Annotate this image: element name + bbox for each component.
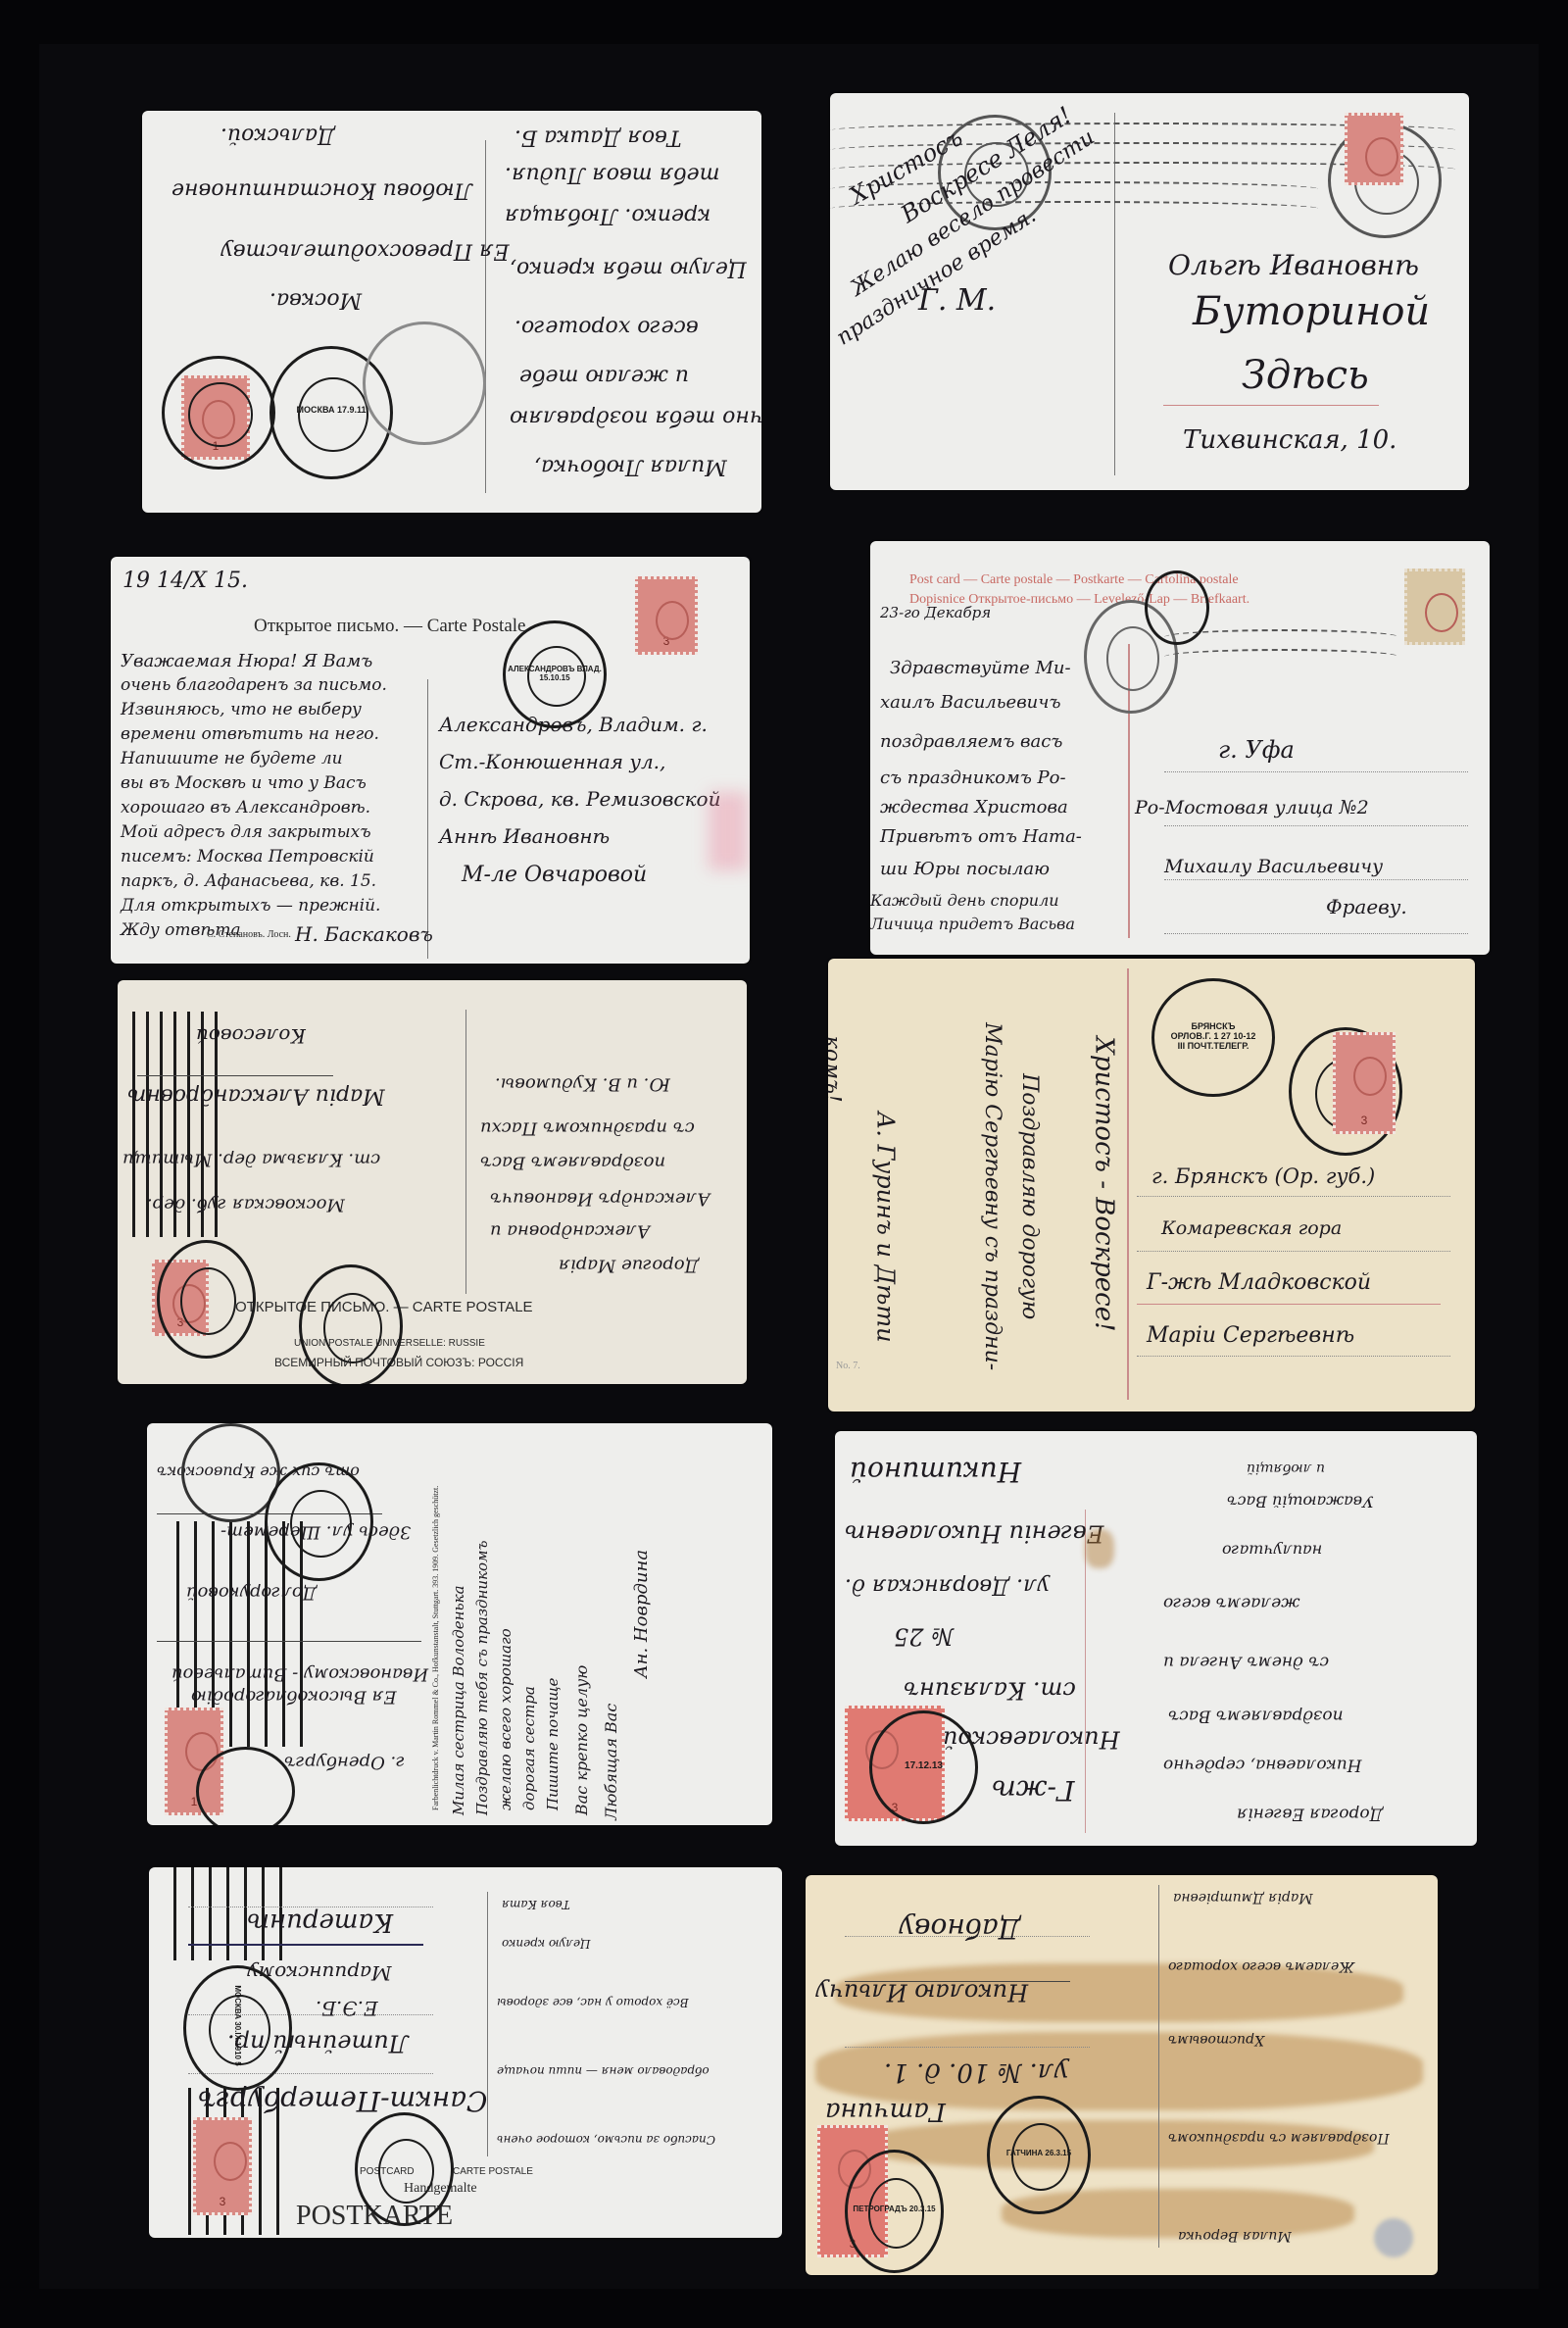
signature: Н. Баскаковъ xyxy=(295,923,433,946)
message-line: Твоя Дашка Б. xyxy=(514,124,682,149)
message-line: и любящій xyxy=(1247,1461,1325,1476)
message-line: сердечно тебя поздравляю xyxy=(510,405,761,429)
postmark xyxy=(265,1462,373,1581)
address-line: Любови Константиновне xyxy=(171,177,472,202)
message-line: комъ! xyxy=(828,1036,845,1103)
address-line: ст. Калязинъ xyxy=(904,1676,1076,1704)
message-line: вы въ Москвѣ и что у Васъ xyxy=(121,774,367,794)
address-line: Никитиной xyxy=(850,1456,1021,1487)
address-line: Михаилу Васильевичу xyxy=(1164,857,1383,878)
address-line: Тихвинская, 10. xyxy=(1183,426,1396,456)
message-line: Поздравляю дорогую xyxy=(1017,1073,1042,1319)
address-line: Ивановскому - Витальевой xyxy=(171,1663,428,1684)
address-line: ул. № 10. д. 1. xyxy=(884,2056,1068,2086)
postcard-3: 19 14/X 15. Открытое письмо. — Carte Pos… xyxy=(111,557,750,964)
postmark xyxy=(299,1264,403,1384)
publisher-note: No. 7. xyxy=(836,1361,860,1371)
message-line: Ю. и В. Кудимовы. xyxy=(495,1073,670,1094)
message-line: поздравляемъ Васъ xyxy=(1168,1706,1344,1725)
postcard-8: Никитиной Евгеніи Николаевнѣ ул. Дворянс… xyxy=(835,1431,1477,1846)
message-line: Христовымъ xyxy=(1168,2032,1264,2048)
message-line: тебя твоя Лидия. xyxy=(505,162,720,186)
message-line: Милая Любочка, xyxy=(534,454,727,478)
message-line: Поздравляю тебя съ праздникомъ xyxy=(474,1540,491,1815)
address-line: Николаю Ильичу xyxy=(815,1978,1028,2006)
message-line: писемъ: Москва Петровскій xyxy=(121,848,374,867)
address-line: Г-жѣ Младковской xyxy=(1147,1270,1371,1295)
message-line: Мой адресъ для закрытыхъ xyxy=(121,823,371,843)
postage-stamp: 3 xyxy=(1333,1032,1396,1134)
address-line: Дабнову xyxy=(899,1912,1020,1944)
message-line: съ праздникомъ Пасхи xyxy=(480,1117,695,1138)
printed-footer-line: CARTE POSTALE xyxy=(453,2166,533,2177)
message-line: съ праздникомъ Ро- xyxy=(880,768,1066,789)
address-line: ст. Клязьма дер. Мытищи xyxy=(122,1149,380,1169)
printed-header: Открытое письмо. — Carte Postale xyxy=(254,616,525,637)
address-line: Колесовой xyxy=(196,1024,306,1047)
date-note: 19 14/X 15. xyxy=(122,569,248,593)
message-line: времени отвѣтить на него. xyxy=(121,725,379,745)
postmark xyxy=(162,356,275,470)
postmark: 17.12.13 xyxy=(869,1710,978,1824)
message-line: поздравляемъ васъ xyxy=(880,732,1062,753)
address-line: Маріи Сергѣевнѣ xyxy=(1147,1323,1354,1348)
message-line: хорошаго въ Александровѣ. xyxy=(121,799,370,818)
address-line: Е.Э.Б. xyxy=(316,1997,378,2019)
message-line: Здравствуйте Ми- xyxy=(890,659,1071,679)
address-line: Московская губ. дер. xyxy=(147,1194,345,1214)
address-line: Здѣсь xyxy=(1242,353,1369,398)
message-line: Поздравляем съ праздникомъ xyxy=(1168,2130,1390,2146)
postmark xyxy=(157,1240,256,1359)
address-line: г. Брянскъ (Ор. губ.) xyxy=(1151,1164,1375,1188)
message-line: Дорогие Марія xyxy=(559,1255,699,1275)
message-line: желаемъ всего xyxy=(1163,1593,1300,1612)
message-line: Напишите не будете ли xyxy=(121,750,343,769)
address-line: Гатчина xyxy=(825,2096,946,2125)
address-line: г. Оренбургъ xyxy=(284,1752,405,1772)
postmark: МОСКВА 30.IX.1910 5 xyxy=(183,1965,292,2091)
postcard-9: Катеринѣ Мариинскому Е.Э.Б. Литейный пр.… xyxy=(149,1867,782,2238)
message-line: Твоя Катя xyxy=(502,1897,570,1910)
date-note: 23-го Декабря xyxy=(880,605,991,621)
message-line: Вас крепко целую xyxy=(573,1665,591,1815)
postmark-faint xyxy=(363,322,486,445)
address-line: Дальской. xyxy=(220,123,335,147)
message-line: Уважающій Васъ xyxy=(1227,1492,1374,1510)
address-line: Евгеніи Николаевнѣ xyxy=(845,1519,1103,1547)
message-line: Привѣтъ отъ Ната- xyxy=(880,827,1082,848)
message-line: наилучшаго xyxy=(1222,1541,1322,1559)
message-line: поздравляемъ Васъ xyxy=(480,1152,665,1172)
message-line: Спасибо за письмо, которое очень xyxy=(497,2132,715,2146)
address-line: Ольгѣ Ивановнѣ xyxy=(1168,250,1419,281)
postage-stamp xyxy=(1345,113,1403,185)
postage-stamp: 3 xyxy=(193,2117,252,2215)
message-line: дорогая сестра xyxy=(521,1686,538,1810)
address-line: Ея Превосходительству xyxy=(220,238,510,263)
signature: Г. М. xyxy=(918,284,996,319)
postmark: АЛЕКСАНДРОВЪ ВЛАД. 15.10.15 xyxy=(503,620,607,728)
message-line: Уважаемая Нюра! Я Вамъ xyxy=(121,652,372,672)
address-line: М-ле Овчаровой xyxy=(462,863,647,887)
message-line: Личица придетъ Васьва xyxy=(870,916,1075,933)
message-line: съ днемъ Ангела и xyxy=(1163,1652,1329,1671)
signature: Ан. Новрдина xyxy=(632,1550,653,1678)
postmark xyxy=(196,1747,295,1825)
message-line: и желаю тебе xyxy=(519,364,689,388)
postmark: ПЕТРОГРАДЪ 20.3.15 xyxy=(845,2150,944,2273)
address-line: Ст.-Конюшенная ул., xyxy=(439,751,665,773)
postcard-2: Христосъ Воскресе Леля! Желаю весело про… xyxy=(830,93,1469,490)
message-line: ждества Христова xyxy=(880,798,1068,818)
message-line: очень благодаренъ за письмо. xyxy=(121,676,387,696)
message-line: Для открытыхъ — прежній. xyxy=(121,897,380,916)
message-line: Всё хорошо у нас, все здоровы xyxy=(497,1995,689,2008)
message-line: всего хорошего. xyxy=(514,315,699,339)
address-line: Москва. xyxy=(269,287,362,312)
message-line: хаилъ Васильевичъ xyxy=(880,693,1060,714)
address-line: Ея Высокоблагородію xyxy=(191,1686,397,1707)
message-line: крепко. Любящая xyxy=(505,203,710,227)
postmark: ГАТЧИНА 26.3.15 xyxy=(987,2096,1091,2214)
address-line: Буториной xyxy=(1193,289,1430,334)
address-line: Долгоруковой xyxy=(186,1582,317,1603)
stamp-remnant xyxy=(1404,569,1465,645)
address-line: Маріи Александровнѣ xyxy=(127,1083,385,1108)
message-line: Александровна и xyxy=(490,1220,650,1241)
address-line: ул. Дворянская д. xyxy=(845,1573,1050,1598)
postcard-7: Farbenlichtdruck v. Martin Rommel & Co.,… xyxy=(147,1423,772,1825)
postmark: БРЯНСКЪ ОРЛОВ.Г. 1 27 10-12 III ПОЧТ.ТЕЛ… xyxy=(1151,978,1275,1097)
message-line: Извиняюсь, что не выберу xyxy=(121,701,362,720)
postcard-10: Дабнову Николаю Ильичу ул. № 10. д. 1. Г… xyxy=(806,1875,1438,2275)
address-line: Г-жѣ xyxy=(992,1774,1075,1806)
printer-imprint: Farbenlichtdruck v. Martin Rommel & Co.,… xyxy=(431,1486,440,1810)
address-line: г. Уфа xyxy=(1218,737,1295,765)
postmark xyxy=(355,2112,454,2226)
postage-stamp: 3 xyxy=(635,576,698,655)
postcard-5: Колесовой Маріи Александровнѣ ст. Клязьм… xyxy=(118,980,747,1384)
message-line: Любящая Вас xyxy=(603,1704,620,1820)
address-line: № 25 xyxy=(894,1622,954,1650)
message-line: Пишите почаще xyxy=(545,1678,562,1810)
message-line: Каждый день спорили xyxy=(870,892,1059,910)
message-line: Целую крепко xyxy=(502,1936,591,1950)
message-line: А. Гуринъ и Дѣти xyxy=(871,1112,899,1343)
postcard-6: Христосъ - Воскресе! Поздравляю дорогую … xyxy=(828,959,1475,1412)
message-line: ши Юры посылаю xyxy=(880,860,1050,880)
postcard-4: Post card — Carte postale — Postkarte — … xyxy=(870,541,1490,955)
message-line: паркъ, д. Афанасьева, кв. 15. xyxy=(121,872,376,892)
address-line: Комаревская гора xyxy=(1161,1218,1342,1240)
address-line: Катеринѣ xyxy=(247,1907,393,1936)
message-line: Александръ Ивановичъ xyxy=(490,1188,710,1209)
address-line: Ро-Мостовая улица №2 xyxy=(1135,798,1369,819)
address-line: д. Скрова, кв. Ремизовской xyxy=(439,788,720,811)
postcard-1: Твоя Дашка Б. тебя твоя Лидия. крепко. Л… xyxy=(142,111,761,513)
message-line: Дорогая Евгенія xyxy=(1237,1804,1383,1823)
address-line: Фраеву. xyxy=(1326,896,1407,918)
message-line: Марію Сергѣевну съ праздни- xyxy=(980,1022,1004,1370)
message-line: Христосъ - Воскресе! xyxy=(1089,1036,1118,1331)
message-line: Николаевна, сердечно xyxy=(1163,1755,1362,1774)
message-line: Желаемъ всего хорошаго xyxy=(1168,1958,1354,1974)
message-line: Милая Верочка xyxy=(1178,2228,1292,2244)
message-line: обрадовало меня — пиши почаще xyxy=(497,2063,710,2077)
message-line: Милая сестрица Володенька xyxy=(451,1585,467,1815)
publisher-imprint: С. Степановъ. Лосн. xyxy=(207,929,291,940)
address-line: Аннѣ Ивановнѣ xyxy=(439,825,610,848)
message-line: Марія Дмитріевна xyxy=(1173,1890,1313,1906)
message-line: желаю всего хорошаго xyxy=(498,1628,514,1810)
message-line: Целую тебя крепко, xyxy=(510,256,747,280)
